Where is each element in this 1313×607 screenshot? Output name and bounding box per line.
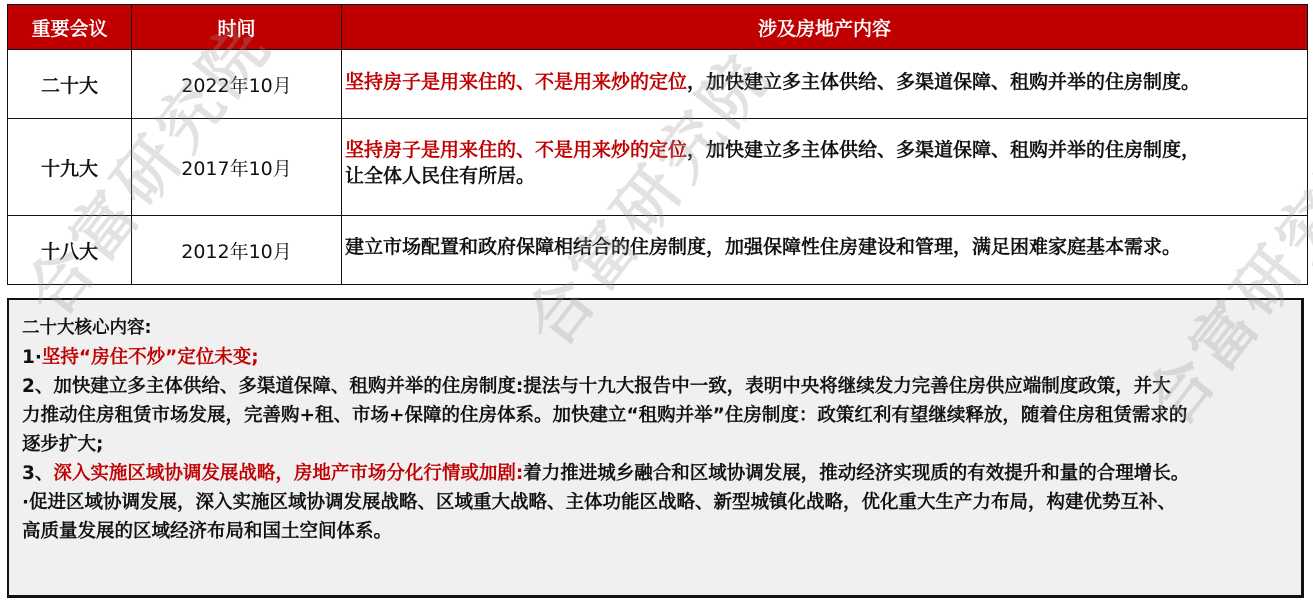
meeting-cell: 二十大 — [8, 50, 132, 119]
content-cell: 坚持房子是用来住的、不是用来炒的定位，加快建立多主体供给、多渠道保障、租购并举的… — [342, 119, 1308, 216]
summary-item-1: 1·坚持“房住不炒”定位未变; — [22, 343, 1301, 372]
summary-item-2-line-3: 逐步扩大; — [22, 430, 1301, 459]
item-3-highlight: 深入实施区域协调发展战略，房地产市场分化行情或加剧: — [53, 463, 523, 484]
summary-box: 二十大核心内容: 1·坚持“房住不炒”定位未变; 2、加快建立多主体供给、多渠道… — [7, 298, 1304, 598]
time-cell: 2012年10月 — [132, 216, 342, 285]
time-cell: 2022年10月 — [132, 50, 342, 119]
item-3-prefix: 3、 — [22, 463, 53, 484]
content-text: 建立市场配置和政府保障相结合的住房制度，加强保障性住房建设和管理，满足困难家庭基… — [345, 236, 1181, 258]
content-text: ，加快建立多主体供给、多渠道保障、租购并举的住房制度。 — [687, 71, 1200, 93]
meeting-cell: 十九大 — [8, 119, 132, 216]
header-meeting: 重要会议 — [8, 5, 132, 50]
content-highlight: 坚持房子是用来住的、不是用来炒的定位 — [345, 139, 687, 161]
summary-item-3: 3、深入实施区域协调发展战略，房地产市场分化行情或加剧:着力推进城乡融合和区域协… — [22, 459, 1301, 488]
header-time: 时间 — [132, 5, 342, 50]
summary-bullet-line-2: 高质量发展的区域经济布局和国土空间体系。 — [22, 517, 1301, 546]
item-1-highlight: 坚持“房住不炒”定位未变; — [42, 347, 259, 368]
table-row: 二十大 2022年10月 坚持房子是用来住的、不是用来炒的定位，加快建立多主体供… — [8, 50, 1308, 119]
content-text: ，加快建立多主体供给、多渠道保障、租购并举的住房制度， — [687, 139, 1200, 161]
summary-title: 二十大核心内容: — [22, 314, 1301, 343]
time-cell: 2017年10月 — [132, 119, 342, 216]
content-cell: 坚持房子是用来住的、不是用来炒的定位，加快建立多主体供给、多渠道保障、租购并举的… — [342, 50, 1308, 119]
item-2-text-1: 提法与十九大报告中一致，表明中央将继续发力完善住房供应端制度政策，并大 — [523, 376, 1171, 397]
table-row: 十九大 2017年10月 坚持房子是用来住的、不是用来炒的定位，加快建立多主体供… — [8, 119, 1308, 216]
summary-item-2-line-2: 力推动住房租赁市场发展，完善购+租、市场+保障的住房体系。加快建立“租购并举”住… — [22, 401, 1301, 430]
item-2-prefix: 2、 — [22, 376, 53, 397]
content-highlight: 坚持房子是用来住的、不是用来炒的定位 — [345, 71, 687, 93]
item-3-text: 着力推进城乡融合和区域协调发展，推动经济实现质的有效提升和量的合理增长。 — [523, 463, 1189, 484]
meeting-cell: 十八大 — [8, 216, 132, 285]
content-cell: 建立市场配置和政府保障相结合的住房制度，加强保障性住房建设和管理，满足困难家庭基… — [342, 216, 1308, 285]
item-2-heading: 加快建立多主体供给、多渠道保障、租购并举的住房制度: — [53, 376, 523, 397]
table-row: 十八大 2012年10月 建立市场配置和政府保障相结合的住房制度，加强保障性住房… — [8, 216, 1308, 285]
table-header-row: 重要会议 时间 涉及房地产内容 — [8, 5, 1308, 50]
meetings-table: 重要会议 时间 涉及房地产内容 二十大 2022年10月 坚持房子是用来住的、不… — [7, 4, 1308, 285]
content-text-line2: 让全体人民住有所居。 — [345, 165, 535, 187]
header-content: 涉及房地产内容 — [342, 5, 1308, 50]
summary-bullet-line-1: ·促进区域协调发展，深入实施区域协调发展战略、区域重大战略、主体功能区战略、新型… — [22, 488, 1301, 517]
item-1-prefix: 1· — [22, 347, 42, 368]
summary-item-2: 2、加快建立多主体供给、多渠道保障、租购并举的住房制度:提法与十九大报告中一致，… — [22, 372, 1301, 401]
